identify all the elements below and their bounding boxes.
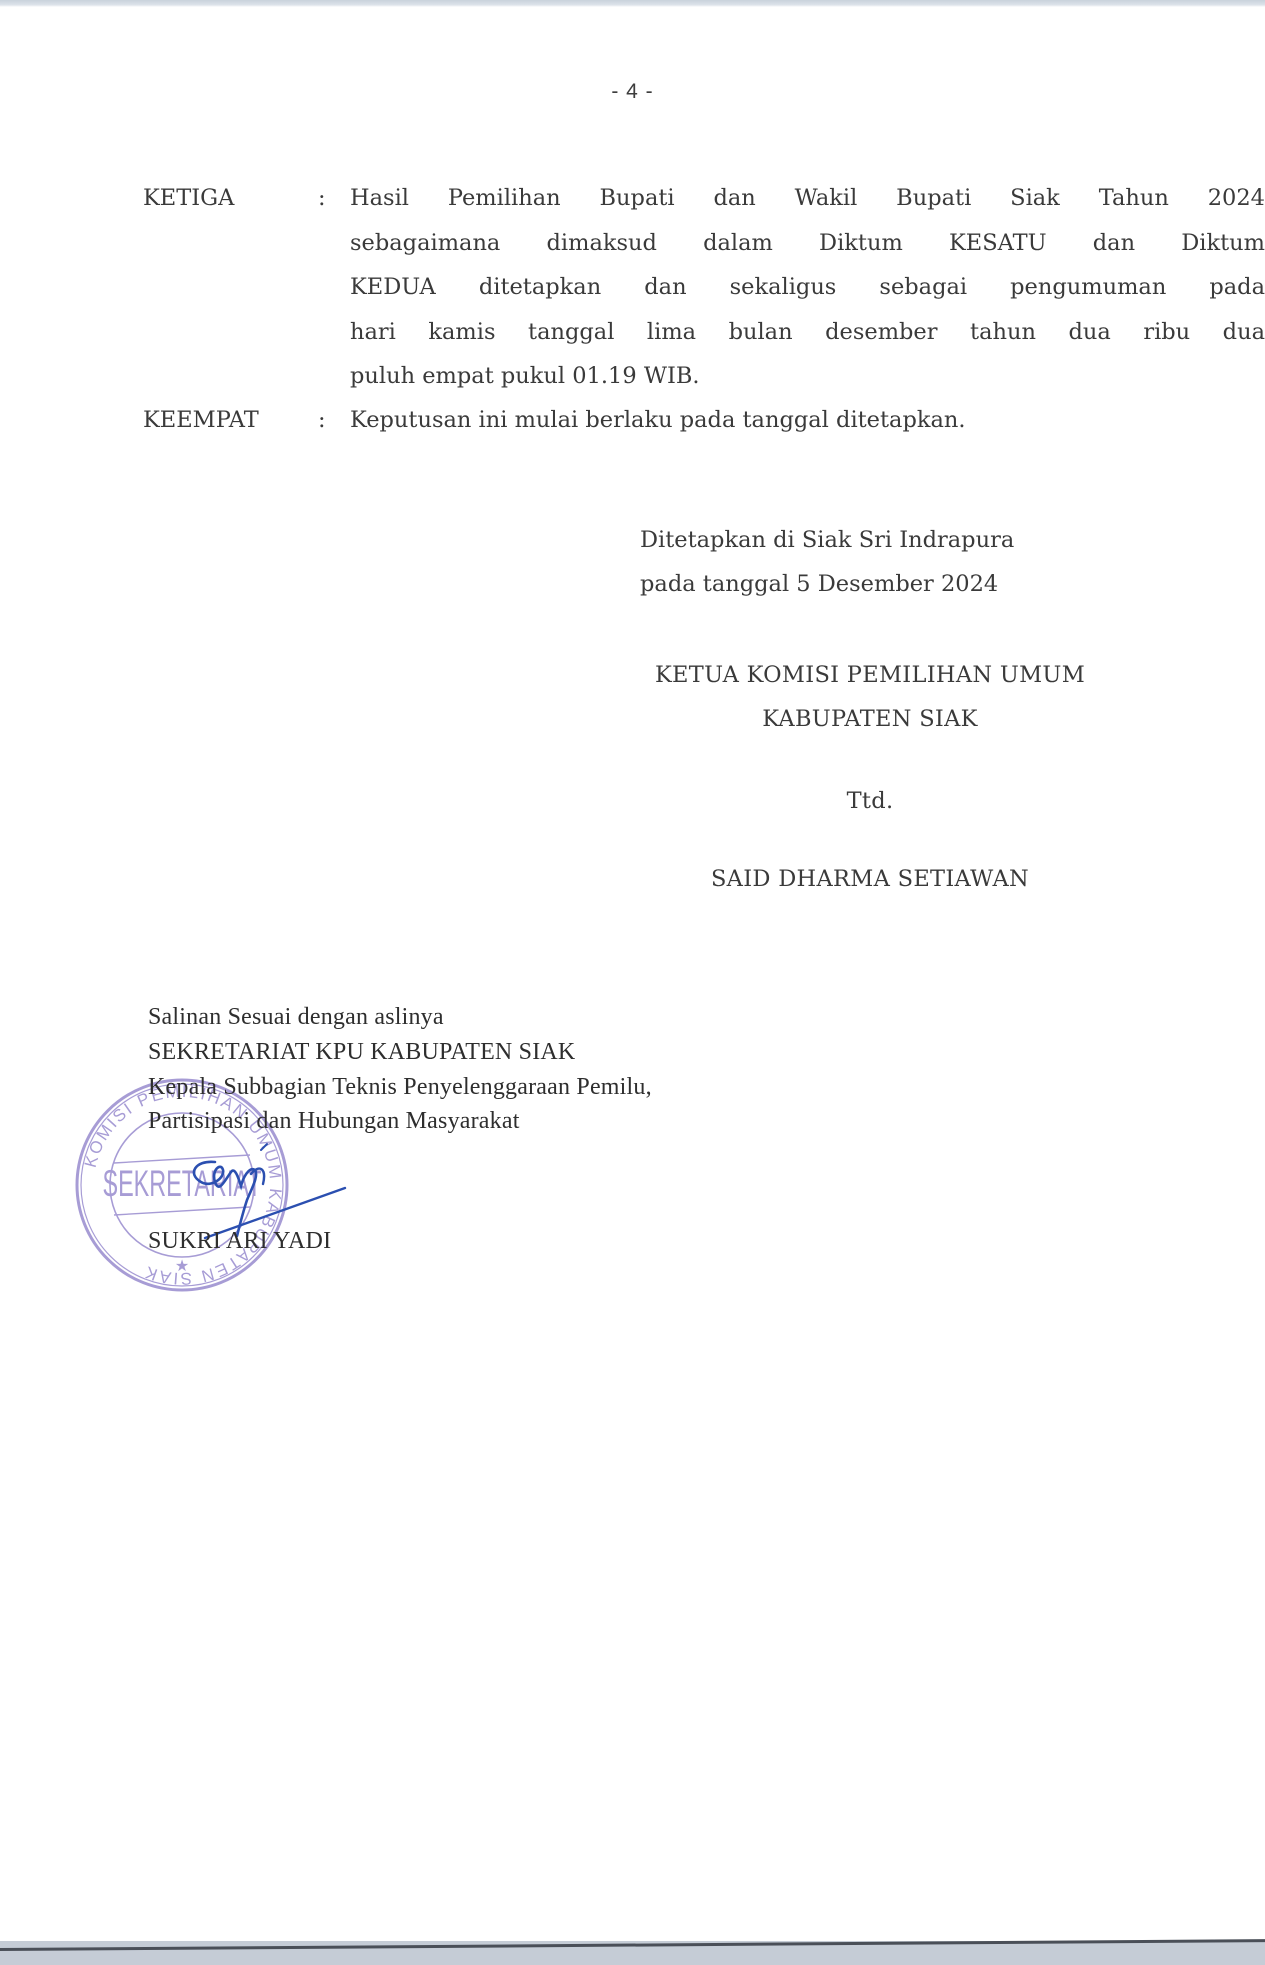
certified-copy-line2: SEKRETARIAT KPU KABUPATEN SIAK: [148, 1039, 575, 1066]
diktum-line: hari kamis tanggal lima bulan desember t…: [350, 310, 1265, 355]
page-number: - 4 -: [0, 80, 1265, 104]
diktum-keempat: KEEMPAT : Keputusan ini mulai berlaku pa…: [143, 398, 1123, 442]
signatory-name: SAID DHARMA SETIAWAN: [620, 866, 1120, 892]
document-page: - 4 - KETIGA : Hasil Pemilihan Bupati da…: [0, 0, 1265, 1955]
diktum-separator: :: [318, 176, 326, 221]
diktum-line: KEDUA ditetapkan dan sekaligus sebagai p…: [350, 265, 1265, 310]
diktum-line: sebagaimana dimaksud dalam Diktum KESATU…: [350, 221, 1265, 266]
svg-text:★: ★: [175, 1256, 189, 1275]
signatory-title-line2: KABUPATEN SIAK: [620, 706, 1120, 732]
diktum-line: Hasil Pemilihan Bupati dan Wakil Bupati …: [350, 176, 1265, 221]
diktum-body: Keputusan ini mulai berlaku pada tanggal…: [350, 398, 1265, 443]
signed-mark: Ttd.: [620, 788, 1120, 814]
certified-copy-line1: Salinan Sesuai dengan aslinya: [148, 1004, 444, 1031]
diktum-label: KETIGA: [143, 176, 313, 221]
certified-copy-line4: Partisipasi dan Hubungan Masyarakat: [148, 1108, 520, 1135]
diktum-line: Keputusan ini mulai berlaku pada tanggal…: [350, 398, 1265, 443]
enactment-place: Ditetapkan di Siak Sri Indrapura: [640, 527, 1120, 553]
diktum-ketiga: KETIGA : Hasil Pemilihan Bupati dan Waki…: [143, 176, 1123, 398]
diktum-label: KEEMPAT: [143, 398, 313, 443]
signatory-title-line1: KETUA KOMISI PEMILIHAN UMUM: [620, 662, 1120, 688]
stamp-center-text: SEKRETARIAT: [102, 1163, 261, 1205]
certified-copy-name: SUKRI ARI YADI: [148, 1228, 331, 1255]
diktum-line: puluh empat pukul 01.19 WIB.: [350, 354, 1265, 399]
enactment-date: pada tanggal 5 Desember 2024: [640, 571, 1120, 597]
diktum-body: Hasil Pemilihan Bupati dan Wakil Bupati …: [350, 176, 1265, 399]
diktum-separator: :: [318, 398, 326, 443]
certified-copy-line3: Kepala Subbagian Teknis Penyelenggaraan …: [148, 1074, 652, 1101]
